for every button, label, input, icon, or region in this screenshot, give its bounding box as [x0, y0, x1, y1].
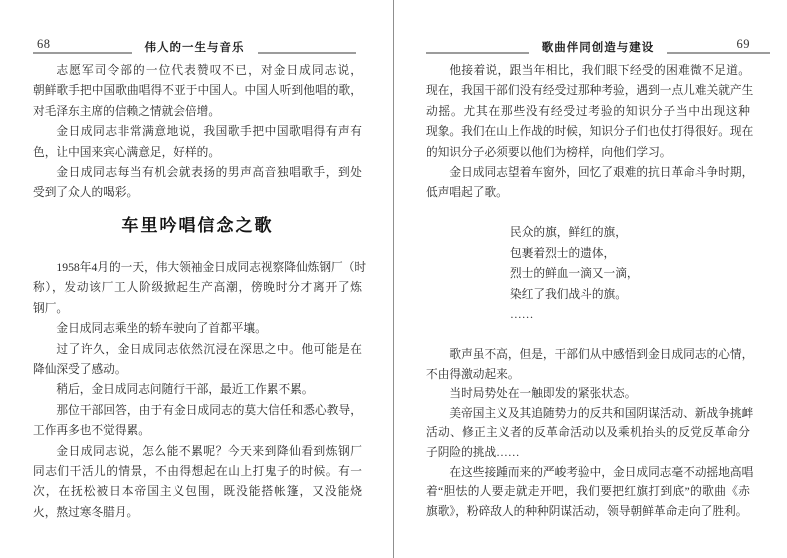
text-line: 着“胆怯的人要走就走开吧，我们要把红旗打到底”的歌曲《赤	[426, 482, 750, 502]
text-line: 受到了众人的喝彩。	[33, 183, 362, 203]
text-line: 金日成同志每当有机会就表扬的男声高音独唱歌手，到处	[33, 163, 362, 183]
text-line: 金日成同志说，怎么能不累呢？今天来到降仙看到炼钢厂	[33, 442, 362, 462]
text-line: 次，在抚松被日本帝国主义包围，既没能搭帐篷，又没能烧	[33, 482, 362, 502]
text-line: 称），发动该厂工人阶级掀起生产高潮，傍晚时分才离开了炼	[33, 278, 362, 298]
header-rule-right	[667, 52, 770, 54]
text-line: 降仙深受了感动。	[33, 360, 362, 380]
header-rule-right	[258, 52, 357, 54]
text-line: 美帝国主义及其追随势力的反共和国阴谋活动、新战争挑衅	[426, 404, 750, 424]
verse-line: 染红了我们战斗的旗。	[510, 285, 750, 306]
text-line: 志愿军司令部的一位代表赞叹不已，对金日成同志说，	[33, 61, 362, 81]
text-line: 过了许久，金日成同志依然沉浸在深思之中。他可能是在	[33, 340, 362, 360]
text-line: 在这些接踵而来的严峻考验中，金日成同志毫不动摇地高唱	[426, 463, 750, 483]
text-line: 低声唱起了歌。	[426, 183, 750, 203]
text-line: 的知识分子必须要以他们为榜样，向他们学习。	[426, 143, 750, 163]
book-spread: 68 伟人的一生与音乐 志愿军司令部的一位代表赞叹不已，对金日成同志说，朝鲜歌手…	[0, 0, 787, 558]
text-line: 色，让中国来宾心满意足，好样的。	[33, 143, 362, 163]
text-line: 稍后，金日成同志问随行干部，最近工作累不累。	[33, 380, 362, 400]
text-line: 金日成同志非常满意地说，我国歌手把中国歌唱得有声有	[33, 122, 362, 142]
text-line: 火，熬过寒冬腊月。	[33, 503, 362, 523]
running-header-title-right: 歌曲伴同创造与建设	[529, 41, 668, 56]
paragraph-block-left-top: 志愿军司令部的一位代表赞叹不已，对金日成同志说，朝鲜歌手把中国歌曲唱得不亚于中国…	[33, 61, 362, 204]
verse-line: 烈士的鲜血一滴又一滴，	[510, 264, 750, 285]
header-rule-left	[33, 52, 132, 54]
text-line: 活动、修正主义者的反革命活动以及乘机抬头的反党反革命分	[426, 423, 750, 443]
text-line: 现象。我们在山上作战的时候，知识分子们也仗打得很好。现在	[426, 122, 750, 142]
running-header-right: 歌曲伴同创造与建设 69	[426, 39, 770, 56]
text-line: 那位干部回答，由于有金日成同志的莫大信任和悉心教导，	[33, 401, 362, 421]
text-line: 金日成同志望着车窗外，回忆了艰难的抗日革命斗争时期，	[426, 163, 750, 183]
running-header-left: 68 伟人的一生与音乐	[33, 39, 356, 56]
header-rule-left	[426, 52, 529, 54]
paragraph-block-left-bottom: 1958年4月的一天，伟大领袖金日成同志视察降仙炼钢厂（时称），发动该厂工人阶级…	[33, 258, 362, 523]
page-right: 歌曲伴同创造与建设 69 他接着说，跟当年相比，我们眼下经受的困难微不足道。现在…	[394, 0, 787, 558]
text-line: 不由得激动起来。	[426, 365, 750, 385]
paragraph-block-right-top: 他接着说，跟当年相比，我们眼下经受的困难微不足道。现在，我国干部们没有经受过那种…	[426, 61, 750, 204]
text-line: 动摇。尤其在那些没有经受过考验的知识分子当中出现这种	[426, 102, 750, 122]
text-line: 歌声虽不高，但是，干部们从中感悟到金日成同志的心情，	[426, 345, 750, 365]
verse-line: 民众的旗，鲜红的旗，	[510, 223, 750, 244]
text-line: 子阴险的挑战……	[426, 443, 750, 463]
text-line: 1958年4月的一天，伟大领袖金日成同志视察降仙炼钢厂（时	[33, 258, 362, 278]
text-line: 旗歌》，粉碎敌人的种种阴谋活动，领导朝鲜革命走向了胜利。	[426, 502, 750, 522]
page-number-left: 68	[37, 37, 51, 52]
text-line: 当时局势处在一触即发的紧张状态。	[426, 384, 750, 404]
text-line: 金日成同志乘坐的轿车驶向了首都平壤。	[33, 319, 362, 339]
text-line: 现在，我国干部们没有经受过那种考验，遇到一点儿难关就产生	[426, 81, 750, 101]
verse-line: ……	[510, 305, 750, 326]
page-left: 68 伟人的一生与音乐 志愿军司令部的一位代表赞叹不已，对金日成同志说，朝鲜歌手…	[0, 0, 393, 558]
text-line: 对毛泽东主席的信赖之情就会倍增。	[33, 102, 362, 122]
running-header-title-left: 伟人的一生与音乐	[132, 41, 258, 56]
paragraph-block-right-bottom: 歌声虽不高，但是，干部们从中感悟到金日成同志的心情，不由得激动起来。当时局势处在…	[426, 345, 750, 521]
text-line: 同志们干活儿的情景，不由得想起在山上打鬼子的时候。有一	[33, 462, 362, 482]
text-line: 他接着说，跟当年相比，我们眼下经受的困难微不足道。	[426, 61, 750, 81]
section-heading: 车里吟唱信念之歌	[33, 214, 362, 238]
verse-line: 包裹着烈士的遗体，	[510, 244, 750, 265]
song-verse: 民众的旗，鲜红的旗，包裹着烈士的遗体，烈士的鲜血一滴又一滴，染红了我们战斗的旗。…	[426, 223, 750, 326]
page-number-right: 69	[737, 37, 751, 52]
text-line: 工作再多也不觉得累。	[33, 421, 362, 441]
text-line: 朝鲜歌手把中国歌曲唱得不亚于中国人。中国人听到他唱的歌，	[33, 81, 362, 101]
text-line: 钢厂。	[33, 299, 362, 319]
